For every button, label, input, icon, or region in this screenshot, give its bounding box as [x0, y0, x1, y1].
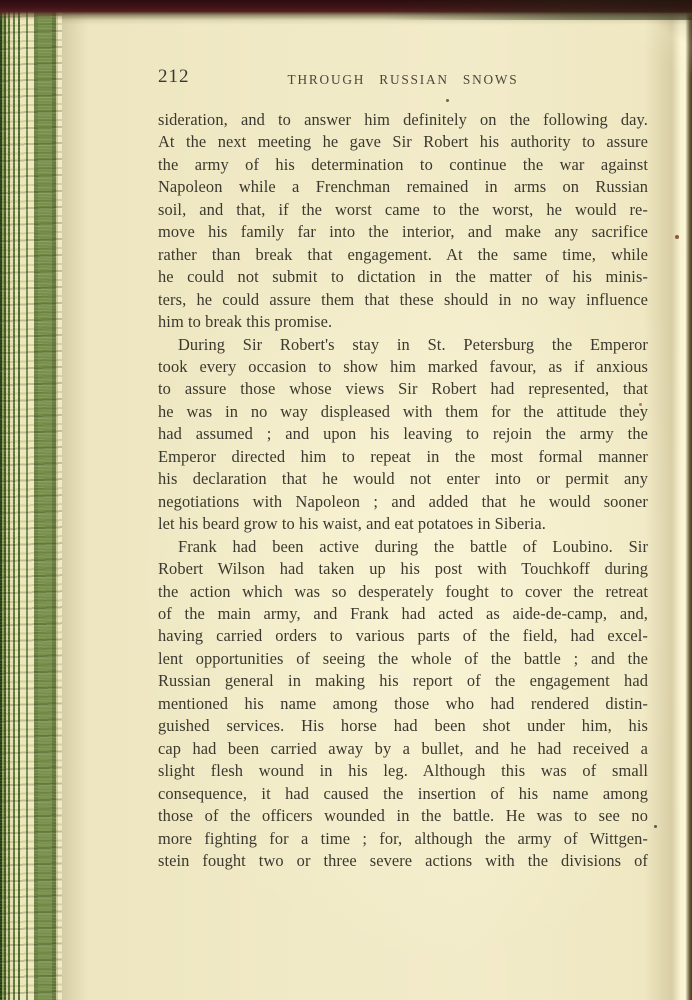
- body-line: more fighting for a time ; for, although…: [158, 828, 648, 850]
- running-header: THROUGH RUSSIAN SNOWS: [158, 72, 648, 88]
- body-line: him to break this promise.: [158, 311, 648, 333]
- body-line: consequence, it had caused the insertion…: [158, 783, 648, 805]
- body-line: sideration, and to answer him definitely…: [158, 109, 648, 131]
- body-line: rather than break that engagement. At th…: [158, 244, 648, 266]
- body-line: ters, he could assure them that these sh…: [158, 289, 648, 311]
- body-line: Napoleon while a Frenchman remained in a…: [158, 176, 648, 198]
- body-line: Robert Wilson had taken up his post with…: [158, 558, 648, 580]
- body-line: let his beard grow to his waist, and eat…: [158, 513, 648, 535]
- body-line: of the main army, and Frank had acted as…: [158, 603, 648, 625]
- ink-speck: [675, 235, 679, 239]
- body-line: the army of his determination to continu…: [158, 154, 648, 176]
- body-line: guished services. His horse had been sho…: [158, 715, 648, 737]
- body-line: the action which was so desperately foug…: [158, 581, 648, 603]
- body-line: negotiations with Napoleon ; and added t…: [158, 491, 648, 513]
- ink-speck: [639, 403, 642, 406]
- body-line: Emperor directed him to repeat in the mo…: [158, 446, 648, 468]
- body-line: having carried orders to various parts o…: [158, 625, 648, 647]
- body-line: took every occasion to show him marked f…: [158, 356, 648, 378]
- page-right-edge: [644, 0, 692, 1000]
- text-block: sideration, and to answer him definitely…: [158, 109, 648, 872]
- body-line: cap had been carried away by a bullet, a…: [158, 738, 648, 760]
- stacked-page-edges: [0, 0, 62, 1000]
- body-line: At the next meeting he gave Sir Robert h…: [158, 131, 648, 153]
- body-line: had assumed ; and upon his leaving to re…: [158, 423, 648, 445]
- body-line: he could not submit to dictation in the …: [158, 266, 648, 288]
- body-line: he was in no way displeased with them fo…: [158, 401, 648, 423]
- body-line: soil, and that, if the worst came to the…: [158, 199, 648, 221]
- top-inner-shadow: [62, 13, 692, 25]
- body-line: Russian general in making his report of …: [158, 670, 648, 692]
- ink-speck: [654, 825, 657, 828]
- body-line: During Sir Robert's stay in St. Petersbu…: [158, 334, 648, 356]
- page-edge-shadow: [62, 0, 88, 1000]
- body-line: to assure those whose views Sir Robert h…: [158, 378, 648, 400]
- body-line: mentioned his name among those who had r…: [158, 693, 648, 715]
- body-line: move his family far into the interior, a…: [158, 221, 648, 243]
- body-line: Frank had been active during the battle …: [158, 536, 648, 558]
- body-line: stein fought two or three severe actions…: [158, 850, 648, 872]
- body-line: slight flesh wound in his leg. Although …: [158, 760, 648, 782]
- body-line: lent opportunities of seeing the whole o…: [158, 648, 648, 670]
- ink-speck: [446, 99, 449, 102]
- body-line: his declaration that he would not enter …: [158, 468, 648, 490]
- body-line: those of the officers wounded in the bat…: [158, 805, 648, 827]
